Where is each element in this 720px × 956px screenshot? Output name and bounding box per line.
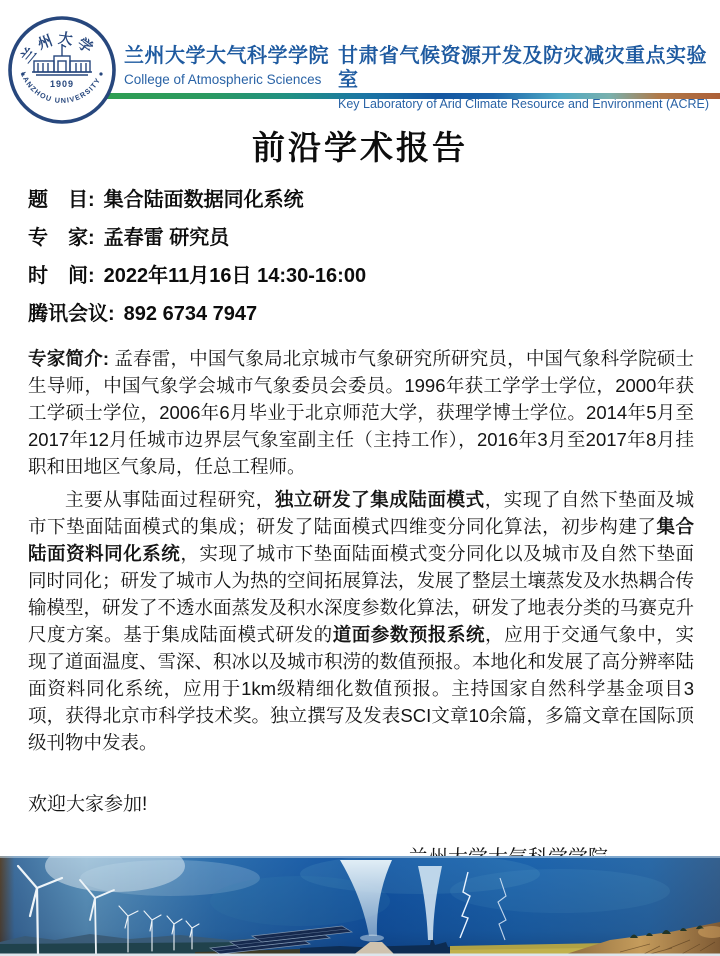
info-label: 题 目: xyxy=(28,189,95,211)
info-row-speaker: 专 家:孟春雷 研究员 xyxy=(28,227,720,250)
info-row-meeting: 腾讯会议:892 6734 7947 xyxy=(28,303,720,326)
info-label: 专 家: xyxy=(28,227,95,249)
seal-year: 1909 xyxy=(50,79,74,89)
footer-banner-image xyxy=(0,856,720,956)
laboratory-block: 甘肃省气候资源开发及防灾减灾重点实验室 Key Laboratory of Ar… xyxy=(338,44,720,114)
research-summary-paragraph: 主要从事陆面过程研究，独立研发了集成陆面模式，实现了自然下垫面及城市下垫面陆面模… xyxy=(28,486,694,756)
speaker-bio-paragraph: 专家简介: 孟春雷，中国气象局北京城市气象研究所研究员，中国气象科学院硕士生导师… xyxy=(28,345,694,480)
college-name-en: College of Atmospheric Sciences xyxy=(124,70,329,90)
info-value: 2022年11月16日 14:30-16:00 xyxy=(104,265,366,287)
closing-line: 欢迎大家参加! xyxy=(28,789,720,816)
college-name-cn: 兰州大学大气科学学院 xyxy=(124,44,329,68)
header-gradient-divider xyxy=(106,93,720,99)
seminar-poster: 兰州大学 1909 LANZHOU UNIVERSITY xyxy=(0,0,720,956)
lanzhou-university-seal-icon: 兰州大学 1909 LANZHOU UNIVERSITY xyxy=(6,14,118,126)
info-value: 892 6734 7947 xyxy=(124,303,257,325)
info-label: 腾讯会议: xyxy=(28,303,115,325)
college-block: 兰州大学大气科学学院 College of Atmospheric Scienc… xyxy=(124,44,329,90)
info-row-topic: 题 目:集合陆面数据同化系统 xyxy=(28,189,720,212)
info-value: 集合陆面数据同化系统 xyxy=(104,189,304,211)
seminar-info: 题 目:集合陆面数据同化系统 专 家:孟春雷 研究员 时 间:2022年11月1… xyxy=(28,189,720,326)
info-value: 孟春雷 研究员 xyxy=(104,227,230,249)
info-label: 时 间: xyxy=(28,265,95,287)
header: 兰州大学 1909 LANZHOU UNIVERSITY xyxy=(0,0,720,112)
info-row-time: 时 间:2022年11月16日 14:30-16:00 xyxy=(28,265,720,288)
lab-name-cn: 甘肃省气候资源开发及防灾减灾重点实验室 xyxy=(338,44,720,92)
page-title: 前沿学术报告 xyxy=(0,122,720,169)
